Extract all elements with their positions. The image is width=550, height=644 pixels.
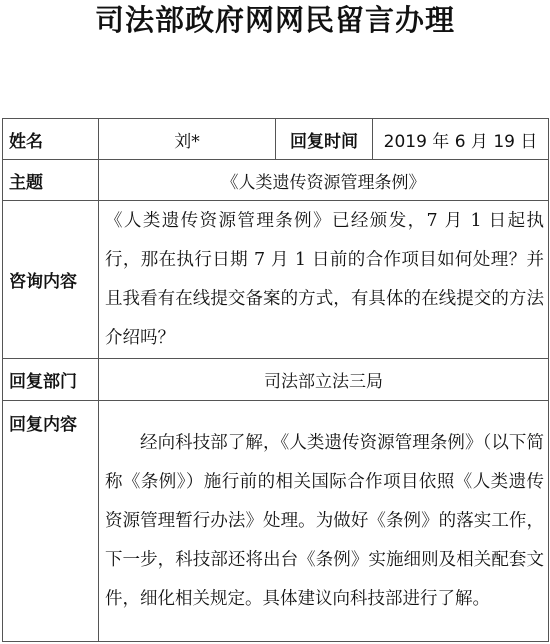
subject-value: 《人类遗传资源管理条例》 bbox=[99, 160, 549, 201]
reply-content-label: 回复内容 bbox=[3, 401, 99, 642]
table-row-name: 姓名 刘* 回复时间 2019 年 6 月 19 日 bbox=[3, 119, 549, 160]
inquiry-label: 咨询内容 bbox=[3, 201, 99, 359]
table-row-reply-content: 回复内容 经向科技部了解，《人类遗传资源管理条例》（以下简称《条例》）施行前的相… bbox=[3, 401, 549, 642]
table-row-inquiry: 咨询内容 《人类遗传资源管理条例》已经颁发，7 月 1 日起执行，那在执行日期 … bbox=[3, 201, 549, 359]
inquiry-content: 《人类遗传资源管理条例》已经颁发，7 月 1 日起执行，那在执行日期 7 月 1… bbox=[99, 201, 549, 359]
reply-content: 经向科技部了解，《人类遗传资源管理条例》（以下简称《条例》）施行前的相关国际合作… bbox=[99, 401, 549, 642]
reply-dept-value: 司法部立法三局 bbox=[99, 359, 549, 401]
subject-label: 主题 bbox=[3, 160, 99, 201]
name-value: 刘* bbox=[99, 119, 276, 160]
reply-time-value: 2019 年 6 月 19 日 bbox=[373, 119, 549, 160]
message-table: 姓名 刘* 回复时间 2019 年 6 月 19 日 主题 《人类遗传资源管理条… bbox=[2, 118, 549, 642]
table-row-subject: 主题 《人类遗传资源管理条例》 bbox=[3, 160, 549, 201]
reply-time-label: 回复时间 bbox=[276, 119, 373, 160]
reply-dept-label: 回复部门 bbox=[3, 359, 99, 401]
name-label: 姓名 bbox=[3, 119, 99, 160]
page-title: 司法部政府网网民留言办理 bbox=[0, 2, 550, 38]
table-row-reply-dept: 回复部门 司法部立法三局 bbox=[3, 359, 549, 401]
